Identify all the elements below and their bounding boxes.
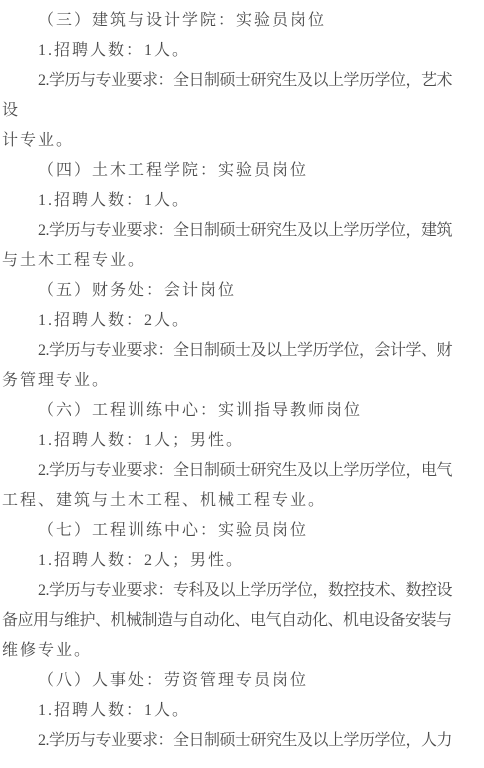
doc-line: 2.学历与专业要求：全日制硕士研究生及以上学历学位，人力 — [0, 726, 484, 756]
doc-line: 与土木工程专业。 — [0, 246, 484, 276]
doc-line: 维修专业。 — [0, 636, 484, 666]
doc-line: 设 — [0, 96, 484, 126]
section-heading: （六）工程训练中心：实训指导教师岗位 — [0, 396, 484, 426]
doc-line: 务管理专业。 — [0, 366, 484, 396]
doc-line: 2.学历与专业要求：全日制硕士研究生及以上学历学位，建筑 — [0, 216, 484, 246]
section-heading: （四）土木工程学院：实验员岗位 — [0, 156, 484, 186]
document-page: （三）建筑与设计学院：实验员岗位 1.招聘人数：1人。 2.学历与专业要求：全日… — [0, 0, 484, 768]
doc-line: 2.学历与专业要求：全日制硕士研究生及以上学历学位，电气 — [0, 456, 484, 486]
doc-line: 1.招聘人数：2人；男性。 — [0, 546, 484, 576]
section-heading: （三）建筑与设计学院：实验员岗位 — [0, 6, 484, 36]
doc-line: 1.招聘人数：1人。 — [0, 186, 484, 216]
section-heading: （八）人事处：劳资管理专员岗位 — [0, 666, 484, 696]
doc-line: 2.学历与专业要求：全日制硕士及以上学历学位，会计学、财 — [0, 336, 484, 366]
doc-line: 1.招聘人数：2人。 — [0, 306, 484, 336]
doc-line: 1.招聘人数：1人。 — [0, 696, 484, 726]
doc-line: 1.招聘人数：1人。 — [0, 36, 484, 66]
doc-line: 工程、建筑与土木工程、机械工程专业。 — [0, 486, 484, 516]
section-heading: （七）工程训练中心：实验员岗位 — [0, 516, 484, 546]
section-heading: （五）财务处：会计岗位 — [0, 276, 484, 306]
doc-line: 2.学历与专业要求：专科及以上学历学位，数控技术、数控设 — [0, 576, 484, 606]
doc-line: 计专业。 — [0, 126, 484, 156]
doc-line: 1.招聘人数：1人；男性。 — [0, 426, 484, 456]
doc-line: 2.学历与专业要求：全日制硕士研究生及以上学历学位，艺术 — [0, 66, 484, 96]
doc-line: 备应用与维护、机械制造与自动化、电气自动化、机电设备安装与 — [0, 606, 484, 636]
